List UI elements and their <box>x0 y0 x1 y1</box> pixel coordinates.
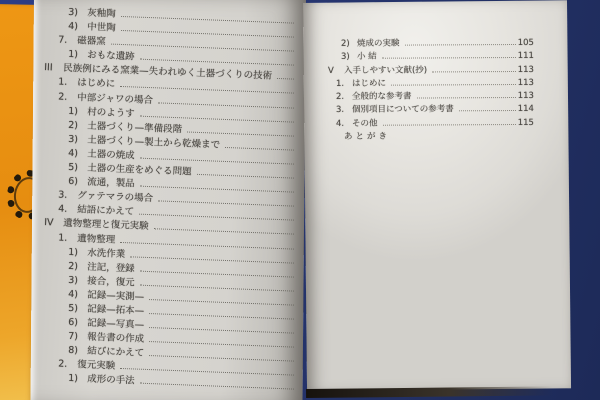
toc-item-number: 3) <box>68 134 82 146</box>
toc-right-column: 2)焼成の実験1053)小 結111V入手しやすい文献(抄)1131.はじめに1… <box>328 36 534 142</box>
toc-item-number: 1. <box>336 79 348 89</box>
toc-dotted-leader <box>225 147 294 151</box>
toc-item-label: 入手しやすい文献(抄) <box>344 63 427 75</box>
toc-dotted-leader <box>404 44 515 46</box>
toc-dotted-leader <box>432 71 516 72</box>
toc-dotted-leader <box>382 58 516 60</box>
toc-item-number: 1) <box>68 247 82 259</box>
toc-item-number: 4) <box>68 21 82 33</box>
toc-row: 3)小 結111 <box>328 48 534 62</box>
toc-dotted-leader <box>382 124 515 126</box>
toc-item-number: 2. <box>58 91 72 103</box>
toc-item-number: 2) <box>68 120 82 132</box>
toc-item-label: あとがき <box>344 130 390 142</box>
toc-page-number: 113 <box>518 78 534 88</box>
toc-item-number: V <box>328 66 340 76</box>
toc-item-label: 中世陶 <box>87 19 116 34</box>
photo-open-book-toc: { "scene": { "background_color": "#26356… <box>0 0 600 400</box>
toc-item-label: 村のようす <box>87 103 135 119</box>
toc-item-number: 1) <box>68 106 82 118</box>
toc-item-label: 個別項目についての参考書 <box>352 103 454 116</box>
toc-item-number: 4. <box>336 119 348 129</box>
toc-dotted-leader <box>416 98 515 100</box>
toc-page-number: 105 <box>518 38 534 48</box>
toc-page-number: 115 <box>518 118 534 128</box>
toc-row: あとがき <box>328 128 534 142</box>
toc-item-label: 磁器窯 <box>77 33 106 48</box>
toc-item-label: はじめに <box>77 75 116 90</box>
toc-item-number: 5) <box>68 303 82 315</box>
toc-item-number: 3) <box>68 275 82 287</box>
toc-item-number: 1) <box>68 373 82 385</box>
toc-item-label: 水洗作業 <box>87 244 126 259</box>
toc-page-number: 111 <box>518 52 534 62</box>
toc-item-label: 焼成の実験 <box>357 37 400 49</box>
toc-item-number: 5) <box>68 162 82 174</box>
toc-item-number: 3. <box>336 106 348 116</box>
toc-item-number: 1. <box>58 232 72 244</box>
toc-page-number: 113 <box>518 65 534 75</box>
page-bottom-shadow <box>306 386 566 398</box>
toc-item-label: 全般的な参考書 <box>352 90 412 102</box>
toc-item-number: 2) <box>341 39 353 49</box>
toc-item-label: はじめに <box>352 77 386 89</box>
toc-item-number: 4) <box>68 289 82 301</box>
toc-page-number: 114 <box>518 105 534 115</box>
toc-item-label: 成形の手法 <box>87 371 135 387</box>
toc-item-number: 7) <box>68 331 82 343</box>
toc-item-number: 1. <box>58 77 72 89</box>
toc-item-label: 注記，登録 <box>87 258 135 274</box>
toc-item-label: 遺物整理 <box>77 230 116 245</box>
toc-row: 1.はじめに113 <box>328 75 534 89</box>
toc-item-number: 4) <box>68 148 82 160</box>
toc-item-label: 灰釉陶 <box>87 5 116 20</box>
toc-item-number: IV <box>44 218 58 230</box>
toc-item-label: その他 <box>352 117 378 129</box>
toc-row: 3.個別項目についての参考書114 <box>328 101 534 115</box>
toc-item-number: 3) <box>68 7 82 19</box>
toc-left-column: 3)灰釉陶4)中世陶7.磁器窯1)おもな遺跡III民族例にみる窯業—失われゆく土… <box>44 3 296 384</box>
toc-item-number: 6) <box>68 176 82 188</box>
toc-dotted-leader <box>459 111 516 112</box>
toc-dotted-leader <box>391 84 516 86</box>
toc-row: 4.その他115 <box>328 115 534 129</box>
toc-item-label: 小 結 <box>357 50 377 62</box>
toc-item-number: 6) <box>68 317 82 329</box>
toc-row: V入手しやすい文献(抄)113 <box>328 62 534 76</box>
toc-dotted-leader <box>277 78 294 80</box>
toc-item-number: 3) <box>341 52 353 62</box>
toc-item-number: 2) <box>68 261 82 273</box>
